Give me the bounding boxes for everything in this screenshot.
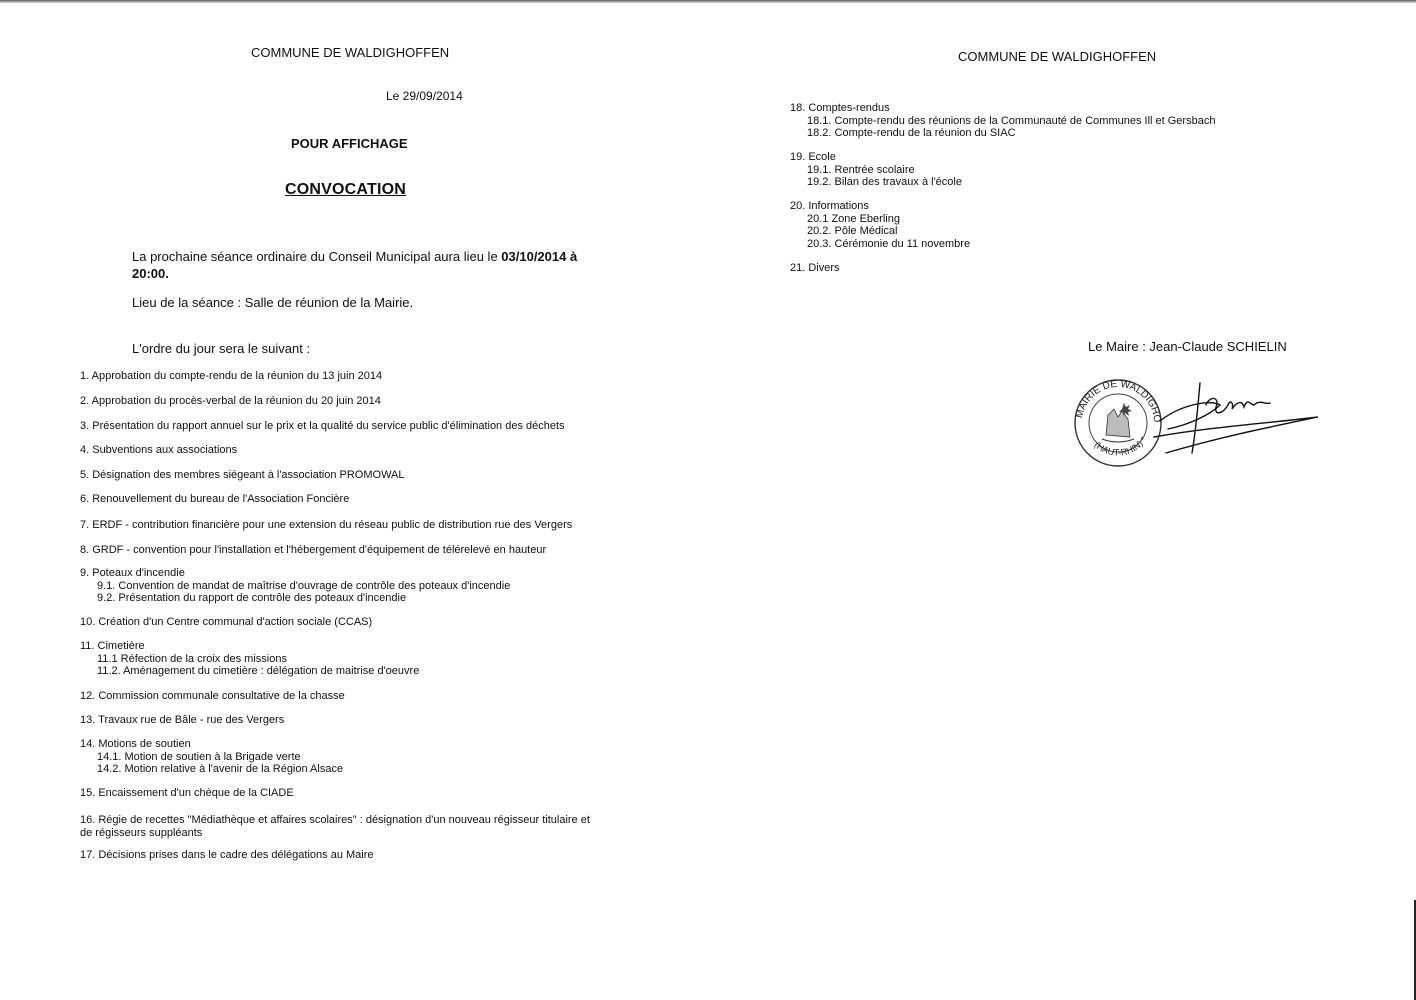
meeting-location: Lieu de la séance : Salle de réunion de … [132, 294, 602, 311]
page-right: COMMUNE DE WALDIGHOFFEN 18. Comptes-rend… [708, 0, 1416, 1000]
commune-header: COMMUNE DE WALDIGHOFFEN [251, 45, 449, 60]
agenda-item: 20. Informations20.1 Zone Eberling20.2. … [790, 200, 970, 250]
agenda-item-title: 2. Approbation du procès-verbal de la ré… [80, 395, 381, 408]
agenda-subitem: 18.1. Compte-rendu des réunions de la Co… [790, 115, 1215, 128]
agenda-item: 14. Motions de soutien14.1. Motion de so… [80, 738, 343, 776]
document-title: CONVOCATION [285, 181, 406, 199]
agenda-item-title: 9. Poteaux d'incendie [80, 567, 510, 580]
meeting-announcement: La prochaine séance ordinaire du Conseil… [132, 248, 602, 282]
agenda-item: 6. Renouvellement du bureau de l'Associa… [80, 493, 349, 506]
agenda-item: 11. Cimetière11.1 Réfection de la croix … [80, 640, 419, 678]
agenda-item-title: 18. Comptes-rendus [790, 102, 1215, 115]
agenda-item: 17. Décisions prises dans le cadre des d… [80, 849, 374, 862]
agenda-item-title: 8. GRDF - convention pour l'installation… [80, 544, 546, 557]
agenda-item-title: 10. Création d'un Centre communal d'acti… [80, 616, 372, 629]
agenda-item-title: 20. Informations [790, 200, 970, 213]
agenda-subitem: 11.1 Réfection de la croix des missions [80, 653, 419, 666]
agenda-item: 12. Commission communale consultative de… [80, 690, 345, 703]
agenda-item-title: 15. Encaissement d'un chèque de la CIADE [80, 787, 294, 800]
agenda-subitem: 20.3. Cérémonie du 11 novembre [790, 238, 970, 251]
agenda-item: 19. Ecole19.1. Rentrée scolaire19.2. Bil… [790, 151, 962, 189]
agenda-subitem: 9.2. Présentation du rapport de contrôle… [80, 592, 510, 605]
announcement-text: La prochaine séance ordinaire du Conseil… [132, 249, 501, 264]
agenda-item-title: 6. Renouvellement du bureau de l'Associa… [80, 493, 349, 506]
agenda-item-title: 12. Commission communale consultative de… [80, 690, 345, 703]
agenda-item: 3. Présentation du rapport annuel sur le… [80, 420, 565, 433]
agenda-item-title: 1. Approbation du compte-rendu de la réu… [80, 370, 382, 383]
svg-text:(HAUT-RHIN) *: (HAUT-RHIN) * [1093, 434, 1149, 457]
agenda-item-title: 11. Cimetière [80, 640, 419, 653]
display-note: POUR AFFICHAGE [291, 136, 408, 151]
handwritten-signature-icon [1154, 383, 1318, 453]
agenda-item: 21. Divers [790, 262, 840, 275]
agenda-item-title: 4. Subventions aux associations [80, 444, 237, 457]
stamp-seal-icon: MAIRIE DE WALDIGHOFFEN (HAUT-RHIN) * [1070, 375, 1162, 466]
agenda-item-title: 5. Désignation des membres siégeant à l'… [80, 469, 405, 482]
agenda-subitem: 19.2. Bilan des travaux à l'école [790, 176, 962, 189]
agenda-subitem: 9.1. Convention de mandat de maîtrise d'… [80, 580, 510, 593]
agenda-item-title: 16. Régie de recettes "Médiathèque et af… [80, 814, 600, 839]
agenda-item: 16. Régie de recettes "Médiathèque et af… [80, 814, 600, 839]
agenda-item: 2. Approbation du procès-verbal de la ré… [80, 395, 381, 408]
mayor-signature-line: Le Maire : Jean-Claude SCHIELIN [1088, 339, 1287, 354]
agenda-subitem: 20.2. Pôle Médical [790, 225, 970, 238]
agenda-item: 4. Subventions aux associations [80, 444, 237, 457]
agenda-subitem: 14.1. Motion de soutien à la Brigade ver… [80, 751, 343, 764]
agenda-item: 7. ERDF - contribution financière pour u… [80, 519, 572, 532]
agenda-item-title: 7. ERDF - contribution financière pour u… [80, 519, 572, 532]
agenda-item-title: 17. Décisions prises dans le cadre des d… [80, 849, 374, 862]
agenda-subitem: 11.2. Aménagement du cimetière : délégat… [80, 665, 419, 678]
agenda-item: 1. Approbation du compte-rendu de la réu… [80, 370, 382, 383]
agenda-subitem: 14.2. Motion relative à l'avenir de la R… [80, 763, 343, 776]
agenda-item: 9. Poteaux d'incendie9.1. Convention de … [80, 567, 510, 605]
agenda-item-title: 21. Divers [790, 262, 840, 275]
agenda-item-title: 13. Travaux rue de Bâle - rue des Verger… [80, 714, 284, 727]
agenda-item-title: 14. Motions de soutien [80, 738, 343, 751]
official-stamp-and-signature: MAIRIE DE WALDIGHOFFEN (HAUT-RHIN) * [1070, 375, 1330, 470]
agenda-subitem: 18.2. Compte-rendu de la réunion du SIAC [790, 127, 1215, 140]
agenda-item: 5. Désignation des membres siégeant à l'… [80, 469, 405, 482]
document-date: Le 29/09/2014 [386, 89, 463, 103]
agenda-item: 13. Travaux rue de Bâle - rue des Verger… [80, 714, 284, 727]
agenda-subitem: 19.1. Rentrée scolaire [790, 164, 962, 177]
agenda-subitem: 20.1 Zone Eberling [790, 213, 970, 226]
page-left: COMMUNE DE WALDIGHOFFEN Le 29/09/2014 PO… [0, 0, 708, 1000]
agenda-item: 10. Création d'un Centre communal d'acti… [80, 616, 372, 629]
agenda-item-title: 3. Présentation du rapport annuel sur le… [80, 420, 565, 433]
agenda-intro: L'ordre du jour sera le suivant : [132, 340, 602, 357]
agenda-item: 18. Comptes-rendus18.1. Compte-rendu des… [790, 102, 1215, 140]
commune-header-right: COMMUNE DE WALDIGHOFFEN [958, 49, 1156, 64]
agenda-item-title: 19. Ecole [790, 151, 962, 164]
agenda-item: 8. GRDF - convention pour l'installation… [80, 544, 546, 557]
agenda-item: 15. Encaissement d'un chèque de la CIADE [80, 787, 294, 800]
